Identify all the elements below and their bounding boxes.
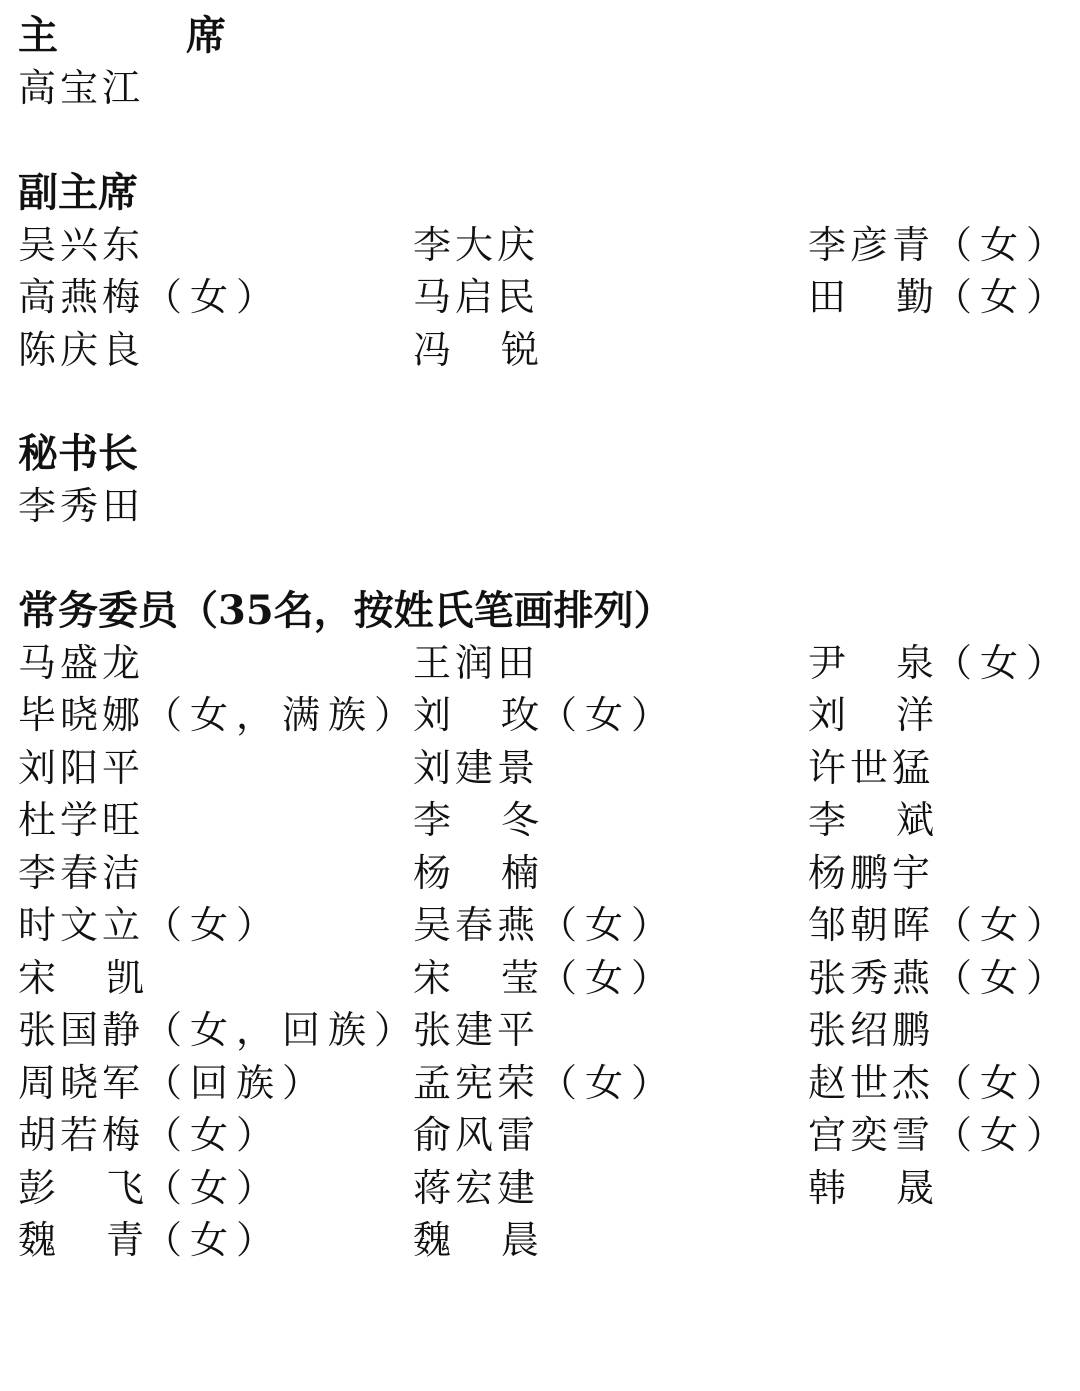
member-entry: 许世猛 [808,742,1078,795]
member-note: （女） [934,1109,1072,1161]
member-name: 胡若梅 [18,1109,144,1161]
member-entry: 魏青（女） [18,1214,413,1267]
member-entry: 冯锐 [413,324,808,377]
member-list-chairman: 高宝江 [18,62,1078,115]
member-entry: 刘洋 [808,689,1078,742]
member-name: 时文立 [18,899,144,951]
member-name: 宋莹 [413,952,539,1004]
member-note: （女，满族） [144,689,420,741]
member-entry: 彭飞（女） [18,1162,413,1215]
member-note: （女） [934,637,1072,689]
member-name: 刘玫 [413,689,539,741]
member-entry: 李秀田 [18,480,413,533]
section-standing-committee: 常务委员（35名，按姓氏笔画排列） 马盛龙王润田尹泉（女）毕晓娜（女，满族）刘玫… [18,585,1078,1267]
member-entry: 王润田 [413,637,808,690]
member-entry: 赵世杰（女） [808,1057,1078,1110]
member-note: （女） [934,271,1072,323]
member-name: 王润田 [413,637,539,689]
member-name: 陈庆良 [18,324,144,376]
member-name: 俞风雷 [413,1109,539,1161]
member-entry: 胡若梅（女） [18,1109,413,1162]
member-name: 李春洁 [18,847,144,899]
member-entry: 马启民 [413,271,808,324]
member-entry: 张建平 [413,1004,808,1057]
member-name: 韩晟 [808,1162,934,1214]
member-name: 李斌 [808,794,934,846]
member-name: 宫奕雪 [808,1109,934,1161]
member-entry: 韩晟 [808,1162,1078,1215]
section-secretary-general: 秘书长 李秀田 [18,428,1078,533]
member-entry: 马盛龙 [18,637,413,690]
member-name: 蒋宏建 [413,1162,539,1214]
member-name: 李秀田 [18,480,144,532]
member-name: 冯锐 [413,324,539,376]
member-note: （女） [144,1109,282,1161]
member-entry: 杨鹏宇 [808,847,1078,900]
member-name: 许世猛 [808,742,934,794]
member-note: （女） [144,1214,282,1266]
member-entry: 张秀燕（女） [808,952,1078,1005]
member-entry: 高宝江 [18,62,413,115]
member-name: 孟宪荣 [413,1057,539,1109]
member-entry: 张绍鹏 [808,1004,1078,1057]
member-entry: 毕晓娜（女，满族） [18,689,413,742]
member-name: 彭飞 [18,1162,144,1214]
member-note: （女） [144,1162,282,1214]
member-list-standing-committee: 马盛龙王润田尹泉（女）毕晓娜（女，满族）刘玫（女）刘洋刘阳平刘建景许世猛杜学旺李… [18,637,1078,1267]
member-note: （女） [539,1057,677,1109]
member-note: （女） [539,689,677,741]
section-heading-vice-chairmen: 副主席 [18,167,1078,219]
member-entry: 陈庆良 [18,324,413,377]
member-name: 吴春燕 [413,899,539,951]
member-name: 马盛龙 [18,637,144,689]
member-entry: 吴兴东 [18,219,413,272]
member-entry: 宫奕雪（女） [808,1109,1078,1162]
member-name: 李彦青 [808,219,934,271]
member-note: （女） [539,952,677,1004]
member-entry: 杨楠 [413,847,808,900]
member-name: 李大庆 [413,219,539,271]
section-heading-secretary-general: 秘书长 [18,428,1078,480]
member-note: （女） [934,1057,1072,1109]
member-entry: 时文立（女） [18,899,413,952]
member-note: （女） [539,899,677,951]
member-entry: 蒋宏建 [413,1162,808,1215]
member-entry: 魏晨 [413,1214,808,1267]
member-entry: 李彦青（女） [808,219,1078,272]
member-name: 周晓军 [18,1057,144,1109]
member-list-vice-chairmen: 吴兴东李大庆李彦青（女）高燕梅（女）马启民田勤（女）陈庆良冯锐 [18,219,1078,377]
member-name: 张绍鹏 [808,1004,934,1056]
member-name: 张国静 [18,1004,144,1056]
member-entry: 刘阳平 [18,742,413,795]
member-name: 尹泉 [808,637,934,689]
member-entry: 张国静（女，回族） [18,1004,413,1057]
section-vice-chairmen: 副主席 吴兴东李大庆李彦青（女）高燕梅（女）马启民田勤（女）陈庆良冯锐 [18,167,1078,377]
member-entry: 周晓军（回族） [18,1057,413,1110]
member-entry: 邹朝晖（女） [808,899,1078,952]
member-entry: 高燕梅（女） [18,271,413,324]
member-entry: 李冬 [413,794,808,847]
member-note: （女，回族） [144,1004,420,1056]
member-name: 吴兴东 [18,219,144,271]
member-name: 李冬 [413,794,539,846]
member-name: 赵世杰 [808,1057,934,1109]
member-note: （女） [934,952,1072,1004]
member-entry: 宋凯 [18,952,413,1005]
section-heading-chairman: 主 席 [18,10,1078,62]
member-name: 马启民 [413,271,539,323]
member-entry: 刘玫（女） [413,689,808,742]
member-name: 杜学旺 [18,794,144,846]
member-name: 高燕梅 [18,271,144,323]
member-name: 杨楠 [413,847,539,899]
member-entry: 宋莹（女） [413,952,808,1005]
member-entry: 李斌 [808,794,1078,847]
member-note: （女） [144,271,282,323]
member-entry: 田勤（女） [808,271,1078,324]
member-entry: 吴春燕（女） [413,899,808,952]
section-chairman: 主 席 高宝江 [18,10,1078,115]
member-name: 张建平 [413,1004,539,1056]
member-name: 刘洋 [808,689,934,741]
member-entry: 李春洁 [18,847,413,900]
member-name: 张秀燕 [808,952,934,1004]
member-name: 魏晨 [413,1214,539,1266]
member-entry: 尹泉（女） [808,637,1078,690]
document-body: 主 席 高宝江 副主席 吴兴东李大庆李彦青（女）高燕梅（女）马启民田勤（女）陈庆… [18,10,1078,1267]
member-note: （回族） [144,1057,328,1109]
member-name: 宋凯 [18,952,144,1004]
member-name: 毕晓娜 [18,689,144,741]
member-note: （女） [934,899,1072,951]
member-entry: 俞风雷 [413,1109,808,1162]
member-entry: 杜学旺 [18,794,413,847]
member-name: 刘阳平 [18,742,144,794]
member-name: 杨鹏宇 [808,847,934,899]
section-heading-standing-committee: 常务委员（35名，按姓氏笔画排列） [18,585,1078,637]
member-name: 邹朝晖 [808,899,934,951]
member-name: 高宝江 [18,62,144,114]
member-note: （女） [144,899,282,951]
member-entry: 孟宪荣（女） [413,1057,808,1110]
member-entry: 刘建景 [413,742,808,795]
member-entry: 李大庆 [413,219,808,272]
member-note: （女） [934,219,1072,271]
member-name: 魏青 [18,1214,144,1266]
member-list-secretary-general: 李秀田 [18,480,1078,533]
member-name: 刘建景 [413,742,539,794]
member-name: 田勤 [808,271,934,323]
